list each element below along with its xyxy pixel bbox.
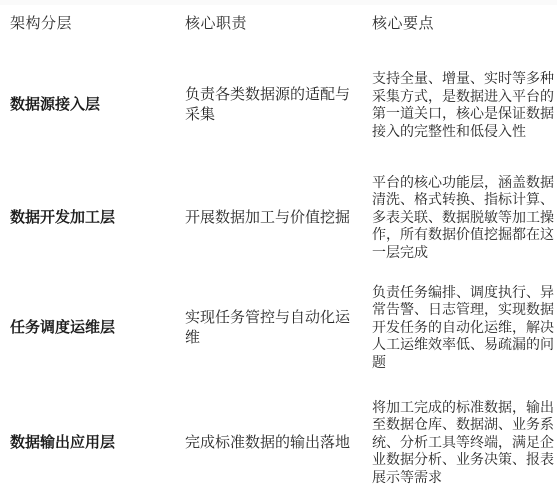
layer-name-cell: 任务调度运维层 xyxy=(10,270,185,385)
column-header-architecture-layer: 架构分层 xyxy=(10,0,185,45)
key-points-text: 平台的核心功能层，涵盖数据清洗、格式转换、指标计算、多表关联、数据脱敏等加工操作… xyxy=(372,174,555,262)
key-points-cell: 平台的核心功能层，涵盖数据清洗、格式转换、指标计算、多表关联、数据脱敏等加工操作… xyxy=(372,165,557,270)
column-header-label: 架构分层 xyxy=(10,12,72,33)
column-header-label: 核心职责 xyxy=(185,12,247,33)
column-header-key-points: 核心要点 xyxy=(372,0,557,45)
column-header-label: 核心要点 xyxy=(372,12,434,33)
key-points-text: 将加工完成的标准数据，输出至数据仓库、数据湖、业务系统、分析工具等终端，满足企业… xyxy=(372,399,555,487)
key-points-text: 负责任务编排、调度执行、异常告警、日志管理，实现数据开发任务的自动化运维，解决人… xyxy=(372,284,555,372)
top-divider xyxy=(0,0,557,5)
responsibility-cell: 负责各类数据源的适配与采集 xyxy=(185,45,372,165)
layer-name-cell: 数据源接入层 xyxy=(10,45,185,165)
layer-name: 数据输出应用层 xyxy=(10,433,115,453)
architecture-layers-table-page: 架构分层 核心职责 核心要点 数据源接入层 负责各类数据源的适配与采集 支持全量… xyxy=(0,0,557,500)
layer-name-cell: 数据开发加工层 xyxy=(10,165,185,270)
layer-name: 任务调度运维层 xyxy=(10,318,115,338)
responsibility-cell: 完成标准数据的输出落地 xyxy=(185,385,372,500)
responsibility-cell: 开展数据加工与价值挖掘 xyxy=(185,165,372,270)
responsibility-text: 负责各类数据源的适配与采集 xyxy=(185,85,357,125)
key-points-cell: 将加工完成的标准数据，输出至数据仓库、数据湖、业务系统、分析工具等终端，满足企业… xyxy=(372,385,557,500)
layer-name-cell: 数据输出应用层 xyxy=(10,385,185,500)
architecture-layers-table: 架构分层 核心职责 核心要点 数据源接入层 负责各类数据源的适配与采集 支持全量… xyxy=(0,0,557,500)
responsibility-cell: 实现任务管控与自动化运维 xyxy=(185,270,372,385)
layer-name: 数据源接入层 xyxy=(10,95,100,115)
layer-name: 数据开发加工层 xyxy=(10,208,115,228)
responsibility-text: 开展数据加工与价值挖掘 xyxy=(185,208,350,228)
key-points-cell: 支持全量、增量、实时等多种采集方式，是数据进入平台的第一道关口，核心是保证数据接… xyxy=(372,45,557,165)
key-points-text: 支持全量、增量、实时等多种采集方式，是数据进入平台的第一道关口，核心是保证数据接… xyxy=(372,70,555,140)
responsibility-text: 实现任务管控与自动化运维 xyxy=(185,308,357,348)
responsibility-text: 完成标准数据的输出落地 xyxy=(185,433,350,453)
key-points-cell: 负责任务编排、调度执行、异常告警、日志管理，实现数据开发任务的自动化运维，解决人… xyxy=(372,270,557,385)
column-header-core-responsibility: 核心职责 xyxy=(185,0,372,45)
